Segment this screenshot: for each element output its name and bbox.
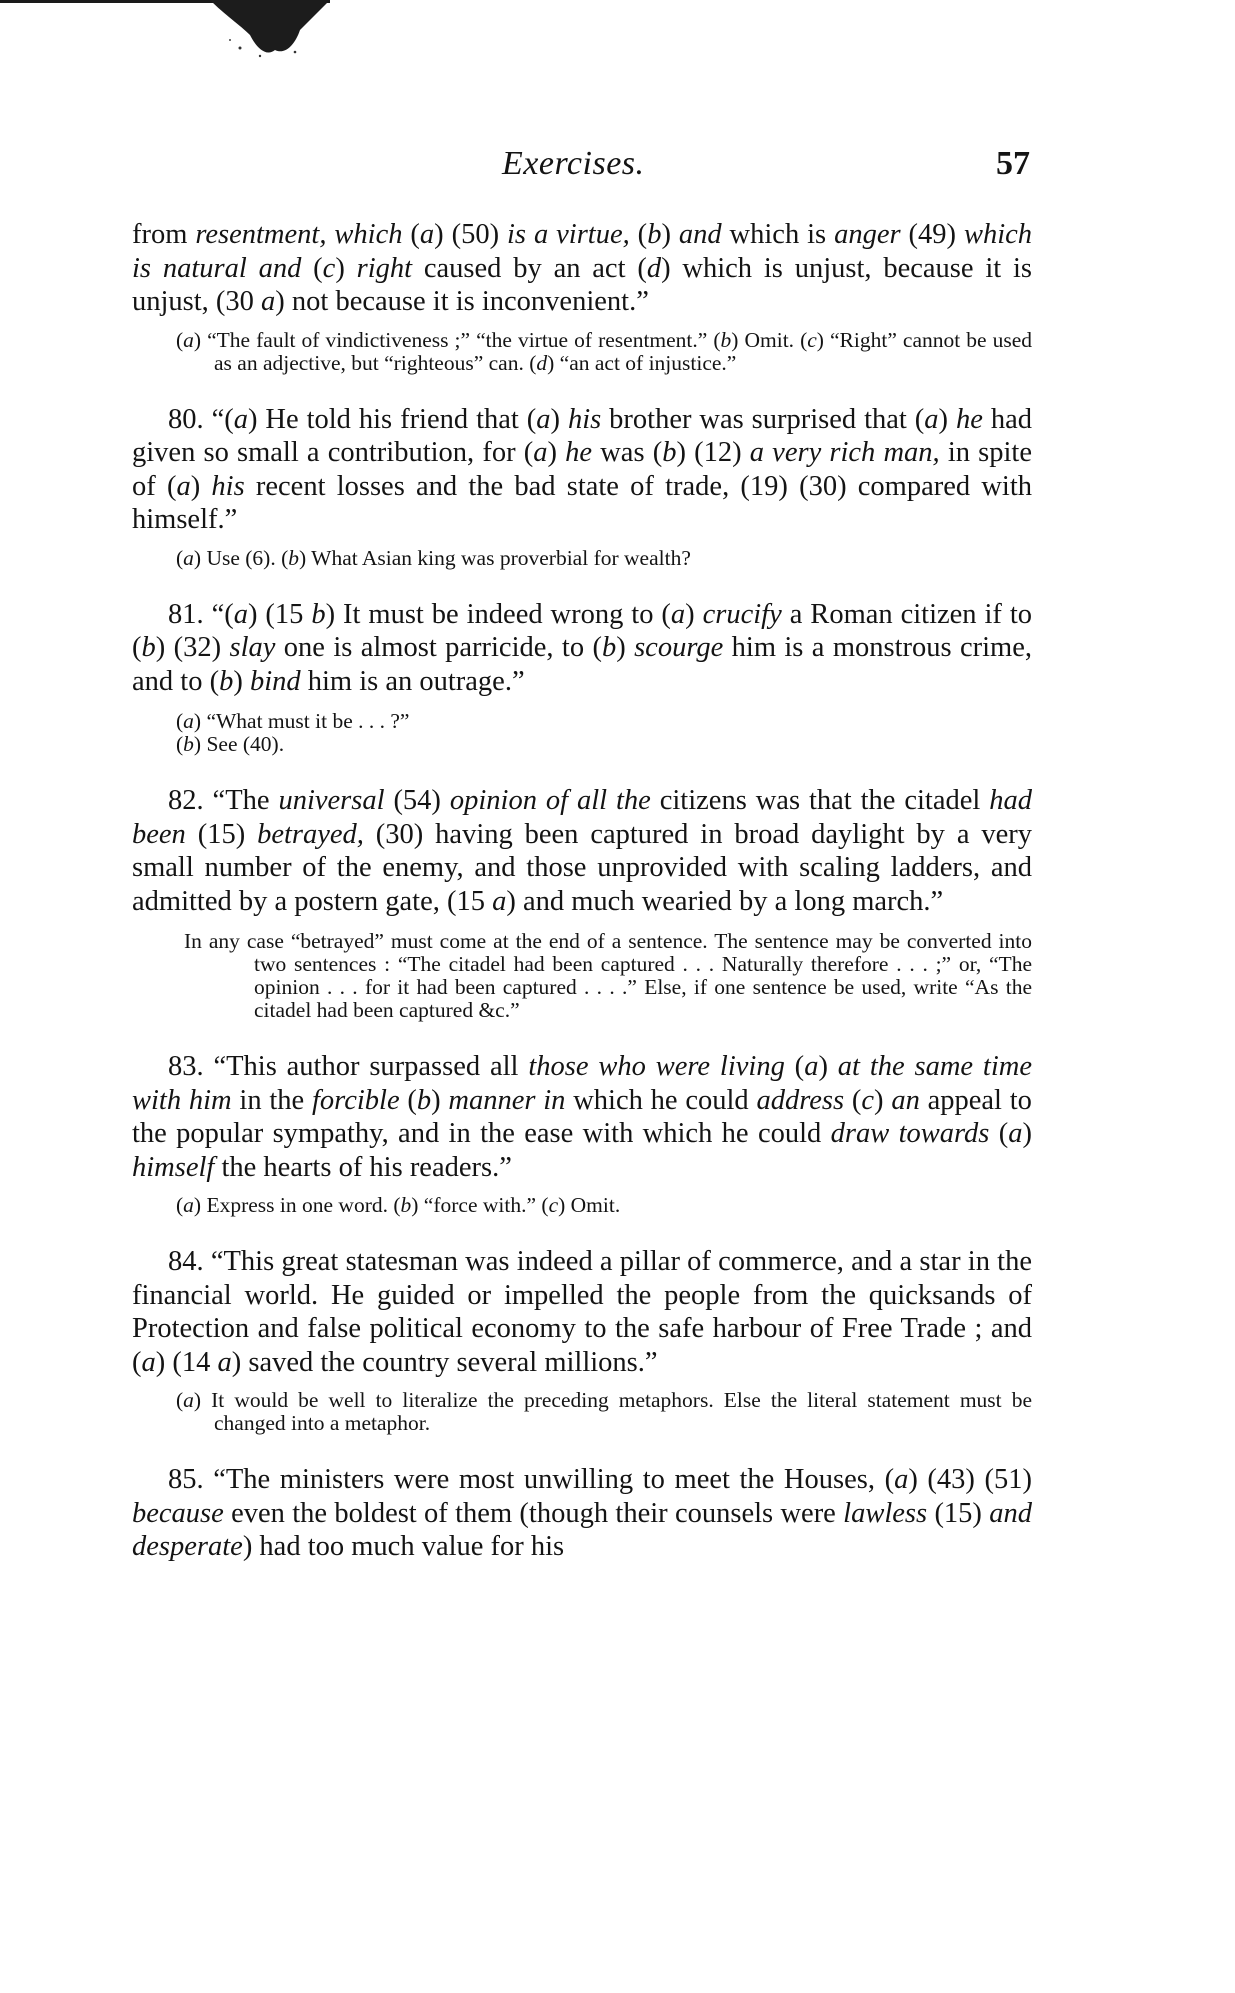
- italic-span: a: [183, 546, 194, 570]
- italic-span: a: [183, 328, 194, 352]
- italic-span: manner in: [448, 1085, 565, 1116]
- exercise-text: 81. “(a) (15 b) It must be indeed wrong …: [132, 598, 1032, 699]
- italic-span: a: [217, 1347, 231, 1378]
- ink-blot-decoration: [200, 0, 340, 60]
- italic-span: scourge: [634, 632, 723, 663]
- italic-span: betrayed,: [257, 819, 364, 850]
- exercise-83: 83. “This author surpassed all those who…: [132, 1050, 1032, 1217]
- italic-span: right: [357, 253, 412, 284]
- exercise-note: (a) Express in one word. (b) “force with…: [176, 1194, 1032, 1217]
- italic-span: b: [311, 599, 325, 630]
- italic-span: d: [647, 253, 661, 284]
- continuation-note: (a) “The fault of vindictiveness ;” “the…: [176, 329, 1032, 375]
- exercise-number: 85.: [168, 1464, 204, 1495]
- italic-span: a: [183, 709, 194, 733]
- italic-span: he: [565, 437, 592, 468]
- italic-span: an: [891, 1085, 920, 1116]
- italic-span: c: [807, 328, 817, 352]
- italic-span: forcible: [312, 1085, 400, 1116]
- exercise-number: 84.: [168, 1246, 204, 1277]
- italic-span: those who were living: [528, 1051, 784, 1082]
- italic-span: because: [132, 1498, 224, 1529]
- exercise-number: 80.: [168, 404, 204, 435]
- italic-span: a: [536, 404, 550, 435]
- page-header: Exercises. 57: [132, 145, 1032, 185]
- italic-span: a: [533, 437, 547, 468]
- italic-span: himself: [132, 1152, 214, 1183]
- page-body: from resentment, which (a) (50) is a vir…: [132, 218, 1032, 1564]
- italic-span: a very rich man,: [750, 437, 940, 468]
- italic-span: address: [756, 1085, 844, 1116]
- exercise-note: (b) See (40).: [176, 733, 1032, 756]
- exercise-text: 85. “The ministers were most unwilling t…: [132, 1463, 1032, 1564]
- continuation-paragraph: from resentment, which (a) (50) is a vir…: [132, 218, 1032, 319]
- exercise-note: In any case “betrayed” must come at the …: [184, 930, 1032, 1022]
- italic-span: b: [647, 219, 661, 250]
- italic-span: a: [894, 1464, 908, 1495]
- italic-span: anger: [834, 219, 901, 250]
- italic-span: b: [721, 328, 732, 352]
- exercise-list: 80. “(a) He told his friend that (a) his…: [132, 403, 1032, 1564]
- exercise-number: 81.: [168, 599, 204, 630]
- italic-span: slay: [230, 632, 276, 663]
- exercise-number: 83.: [168, 1051, 204, 1082]
- italic-span: b: [662, 437, 676, 468]
- italic-span: crucify: [703, 599, 782, 630]
- exercise-85: 85. “The ministers were most unwilling t…: [132, 1463, 1032, 1564]
- exercise-notes: (a) “What must it be . . . ?”(b) See (40…: [176, 710, 1032, 756]
- italic-span: d: [536, 351, 547, 375]
- italic-span: b: [183, 732, 194, 756]
- italic-span: a: [261, 286, 275, 317]
- italic-span: a: [1008, 1118, 1022, 1149]
- italic-span: a: [183, 1388, 194, 1412]
- italic-span: universal: [278, 785, 384, 816]
- exercise-number: 82.: [168, 785, 204, 816]
- exercise-80: 80. “(a) He told his friend that (a) his…: [132, 403, 1032, 570]
- exercise-text: 80. “(a) He told his friend that (a) his…: [132, 403, 1032, 537]
- italic-span: b: [219, 666, 233, 697]
- exercise-note: (a) Use (6). (b) What Asian king was pro…: [176, 547, 1032, 570]
- italic-span: a: [142, 1347, 156, 1378]
- italic-span: c: [861, 1085, 874, 1116]
- page-number: 57: [996, 145, 1030, 183]
- exercise-text: 84. “This great statesman was indeed a p…: [132, 1245, 1032, 1379]
- exercise-note: (a) “What must it be . . . ?”: [176, 710, 1032, 733]
- italic-span: lawless: [843, 1498, 927, 1529]
- italic-span: bind: [250, 666, 301, 697]
- exercise-note: (a) It would be well to literalize the p…: [176, 1389, 1032, 1435]
- italic-span: b: [417, 1085, 431, 1116]
- italic-span: a: [671, 599, 685, 630]
- italic-span: his: [568, 404, 601, 435]
- italic-span: resentment, which: [195, 219, 402, 250]
- italic-span: c: [549, 1193, 559, 1217]
- italic-span: b: [602, 632, 616, 663]
- italic-span: a: [804, 1051, 818, 1082]
- exercise-84: 84. “This great statesman was indeed a p…: [132, 1245, 1032, 1435]
- italic-span: his: [211, 471, 244, 502]
- exercise-82: 82. “The universal (54) opinion of all t…: [132, 784, 1032, 1022]
- exercise-text: 82. “The universal (54) opinion of all t…: [132, 784, 1032, 918]
- italic-span: a: [234, 599, 248, 630]
- italic-span: he: [956, 404, 983, 435]
- italic-span: a: [183, 1193, 194, 1217]
- italic-span: a: [420, 219, 434, 250]
- exercise-81: 81. “(a) (15 b) It must be indeed wrong …: [132, 598, 1032, 757]
- italic-span: a: [234, 404, 248, 435]
- italic-span: is a virtue,: [507, 219, 630, 250]
- italic-span: a: [492, 886, 506, 917]
- italic-span: b: [288, 546, 299, 570]
- italic-span: c: [323, 253, 336, 284]
- italic-span: b: [401, 1193, 412, 1217]
- italic-span: and: [679, 219, 722, 250]
- italic-span: a: [176, 471, 190, 502]
- italic-span: opinion of all the: [450, 785, 651, 816]
- exercise-text: 83. “This author surpassed all those who…: [132, 1050, 1032, 1184]
- italic-span: a: [924, 404, 938, 435]
- italic-span: draw towards: [831, 1118, 990, 1149]
- running-title: Exercises.: [502, 145, 645, 183]
- italic-span: b: [142, 632, 156, 663]
